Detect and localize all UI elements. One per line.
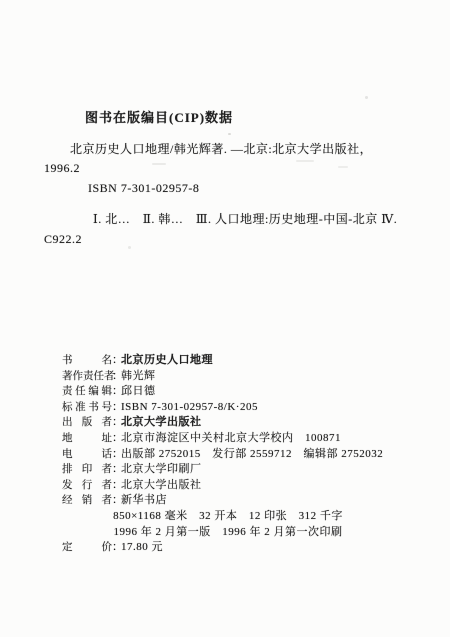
field-label: 著作责任者 [62, 368, 112, 383]
scan-artifact [152, 163, 166, 165]
field-value: 韩光辉 [121, 367, 156, 383]
field-colon: ： [112, 491, 121, 507]
scan-artifact [338, 166, 348, 168]
colophon-row-printer: 排印者：北京大学印刷厂 [62, 460, 394, 476]
field-label: 电话 [62, 446, 112, 461]
field-label: 地址 [62, 430, 112, 445]
field-label: 发行者 [62, 477, 112, 492]
colophon-table: 书名：北京历史人口地理 著作责任者：韩光辉 责任编辑：邱日德 标准书号：ISBN… [62, 351, 394, 554]
cip-isbn: ISBN 7-301-02957-8 [88, 181, 199, 196]
field-label: 责任编辑 [62, 383, 112, 398]
scan-artifact [128, 246, 131, 249]
field-colon: ： [112, 398, 121, 414]
field-value: 17.80 元 [121, 538, 163, 554]
field-colon: ： [112, 476, 121, 492]
cip-subject-classification: Ⅰ. 北… Ⅱ. 韩… Ⅲ. 人口地理:历史地理-中国-北京 Ⅳ. C922.2 [44, 209, 404, 249]
book-colophon-page: 图书在版编目(CIP)数据 北京历史人口地理/韩光辉著. —北京:北京大学出版社… [0, 0, 450, 637]
field-value: 北京大学出版社 [121, 476, 202, 492]
field-colon: ： [112, 445, 121, 461]
colophon-row-price: 定价：17.80 元 [62, 538, 394, 554]
field-colon: ： [112, 367, 121, 383]
colophon-row-address: 地址：北京市海淀区中关村北京大学校内 100871 [62, 429, 394, 445]
field-value: 新华书店 [121, 491, 167, 507]
cip-data-header: 图书在版编目(CIP)数据 [85, 107, 233, 126]
colophon-row-publisher: 出版者：北京大学出版社 [62, 413, 394, 429]
field-label: 标准书号 [62, 399, 112, 414]
field-label: 经销者 [62, 492, 112, 507]
field-colon: ： [112, 382, 121, 398]
field-colon: ： [112, 538, 121, 554]
field-value: 邱日德 [121, 382, 156, 398]
field-colon: ： [112, 460, 121, 476]
format-line: 850×1168 毫米 32 开本 12 印张 312 千字 [62, 507, 394, 523]
colophon-row-isbn: 标准书号：ISBN 7-301-02957-8/K·205 [62, 398, 394, 414]
colophon-row-title: 书名：北京历史人口地理 [62, 351, 394, 367]
field-colon: ： [112, 429, 121, 445]
scan-artifact [365, 96, 368, 99]
field-label: 定价 [62, 539, 112, 554]
scan-artifact [228, 133, 231, 135]
field-value: 北京大学出版社 [121, 413, 202, 429]
field-label: 书名 [62, 352, 112, 367]
colophon-row-distributor: 发行者：北京大学出版社 [62, 476, 394, 492]
field-value: 北京大学印刷厂 [121, 460, 202, 476]
colophon-row-editor: 责任编辑：邱日德 [62, 382, 394, 398]
colophon-row-telephone: 电话：出版部 2752015 发行部 2559712 编辑部 2752032 [62, 445, 394, 461]
field-value: ISBN 7-301-02957-8/K·205 [121, 401, 258, 413]
field-colon: ： [112, 413, 121, 429]
field-label: 出版者 [62, 414, 112, 429]
field-value: 北京历史人口地理 [121, 351, 213, 367]
colophon-row-author: 著作责任者：韩光辉 [62, 367, 394, 383]
field-value: 出版部 2752015 发行部 2559712 编辑部 2752032 [121, 445, 383, 461]
field-label: 排印者 [62, 461, 112, 476]
field-colon: ： [112, 351, 121, 367]
edition-line: 1996 年 2 月第一版 1996 年 2 月第一次印刷 [62, 523, 394, 539]
scan-artifact [296, 160, 314, 162]
field-value: 北京市海淀区中关村北京大学校内 100871 [121, 429, 341, 445]
colophon-row-seller: 经销者：新华书店 [62, 491, 394, 507]
cip-catalog-entry: 北京历史人口地理/韩光辉著. —北京:北京大学出版社，1996.2 [44, 140, 404, 178]
